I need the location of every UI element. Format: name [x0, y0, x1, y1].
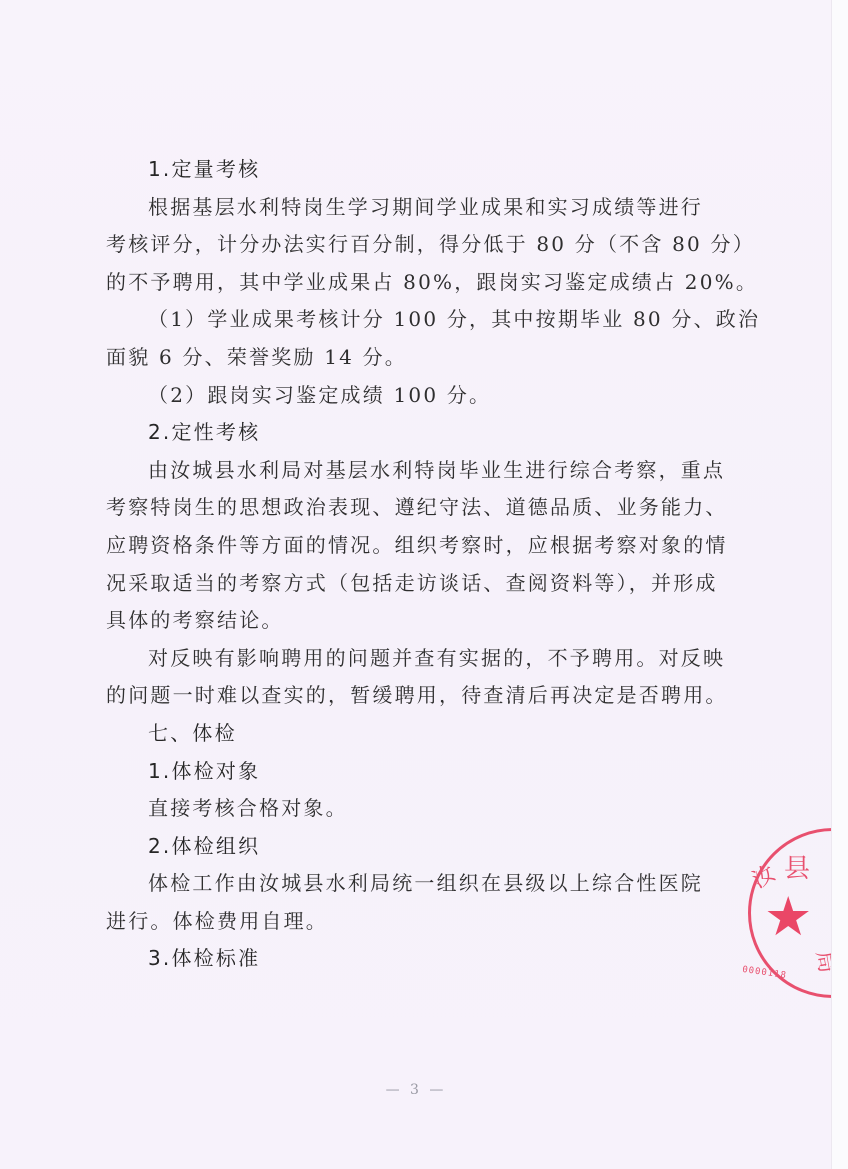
seal-character-top: 县 — [784, 848, 810, 885]
paragraph-line: 考察特岗生的思想政治表现、遵纪守法、道德品质、业务能力、 — [106, 489, 726, 527]
section-heading-quantitative: 1.定量考核 — [106, 151, 726, 189]
subheading-exam-subjects: 1.体检对象 — [106, 753, 726, 791]
paragraph-line: 进行。体检费用自理。 — [106, 903, 726, 941]
paragraph-line: 具体的考察结论。 — [106, 602, 726, 640]
paragraph-line: 的不予聘用，其中学业成果占 80%，跟岗实习鉴定成绩占 20%。 — [106, 264, 726, 302]
paragraph-line: 直接考核合格对象。 — [106, 790, 726, 828]
paragraph-line: 面貌 6 分、荣誉奖励 14 分。 — [106, 339, 726, 377]
section-heading-medical-exam: 七、体检 — [106, 715, 726, 753]
subheading-exam-organization: 2.体检组织 — [106, 828, 726, 866]
paragraph-line: 体检工作由汝城县水利局统一组织在县级以上综合性医院 — [106, 865, 726, 903]
official-seal: 县 汝 局 ★ 0000118 — [740, 820, 832, 1010]
seal-star-icon: ★ — [764, 890, 812, 944]
document-page: 1.定量考核 根据基层水利特岗生学习期间学业成果和实习成绩等进行 考核评分，计分… — [0, 0, 832, 1169]
subheading-exam-standards: 3.体检标准 — [106, 940, 726, 978]
paragraph-line: 考核评分，计分办法实行百分制，得分低于 80 分（不含 80 分） — [106, 226, 726, 264]
paragraph-line: 对反映有影响聘用的问题并查有实据的，不予聘用。对反映 — [106, 640, 726, 678]
paragraph-line: （1）学业成果考核计分 100 分，其中按期毕业 80 分、政治 — [106, 301, 726, 339]
paragraph-line: 根据基层水利特岗生学习期间学业成果和实习成绩等进行 — [106, 189, 726, 227]
paragraph-line: 应聘资格条件等方面的情况。组织考察时，应根据考察对象的情 — [106, 527, 726, 565]
page-number: — 3 — — [0, 1082, 832, 1098]
paragraph-line: （2）跟岗实习鉴定成绩 100 分。 — [106, 377, 726, 415]
paragraph-line: 由汝城县水利局对基层水利特岗毕业生进行综合考察，重点 — [106, 452, 726, 490]
seal-character-right: 局 — [810, 948, 832, 975]
paragraph-line: 的问题一时难以查实的，暂缓聘用，待查清后再决定是否聘用。 — [106, 677, 726, 715]
document-body: 1.定量考核 根据基层水利特岗生学习期间学业成果和实习成绩等进行 考核评分，计分… — [106, 151, 726, 978]
paragraph-line: 况采取适当的考察方式（包括走访谈话、查阅资料等），并形成 — [106, 565, 726, 603]
section-heading-qualitative: 2.定性考核 — [106, 414, 726, 452]
scan-page-edge — [831, 0, 848, 1169]
